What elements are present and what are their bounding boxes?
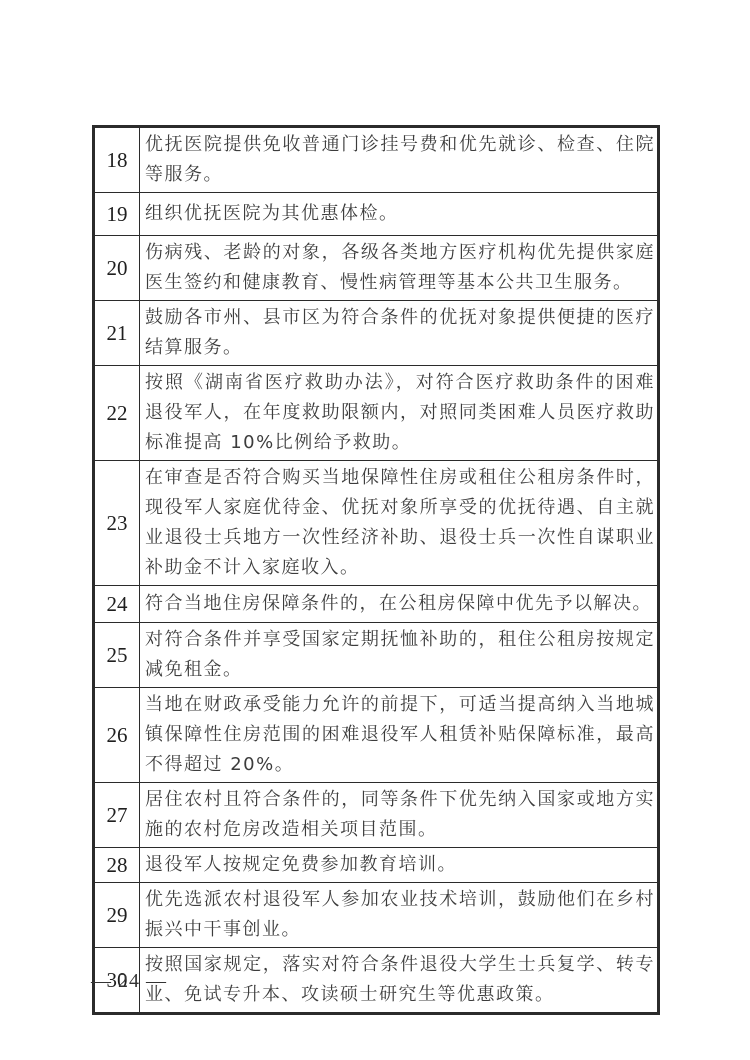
row-number: 28 xyxy=(95,848,140,882)
row-text-cell: 在审查是否符合购买当地保障性住房或租住公租房条件时，现役军人家庭优待金、优抚对象… xyxy=(140,461,657,585)
row-number: 23 xyxy=(95,461,140,585)
table-row: 24符合当地住房保障条件的，在公租房保障中优先予以解决。 xyxy=(95,586,657,623)
row-number: 29 xyxy=(95,883,140,947)
document-page: 18优抚医院提供免收普通门诊挂号费和优先就诊、检查、住院等服务。19组织优抚医院… xyxy=(0,0,750,1060)
table-row: 26当地在财政承受能力允许的前提下，可适当提高纳入当地城镇保障性住房范围的困难退… xyxy=(95,688,657,783)
table-row: 30按照国家规定，落实对符合条件退役大学生士兵复学、转专业、免试专升本、攻读硕士… xyxy=(95,948,657,1012)
row-number: 22 xyxy=(95,366,140,460)
row-number: 20 xyxy=(95,236,140,300)
row-text: 组织优抚医院为其优惠体检。 xyxy=(145,199,655,229)
table-row: 27居住农村且符合条件的，同等条件下优先纳入国家或地方实施的农村危房改造相关项目… xyxy=(95,783,657,848)
row-number: 26 xyxy=(95,688,140,782)
table-row: 29优先选派农村退役军人参加农业技术培训，鼓励他们在乡村振兴中干事创业。 xyxy=(95,883,657,948)
row-text: 居住农村且符合条件的，同等条件下优先纳入国家或地方实施的农村危房改造相关项目范围… xyxy=(145,785,655,845)
table-row: 18优抚医院提供免收普通门诊挂号费和优先就诊、检查、住院等服务。 xyxy=(95,128,657,193)
benefits-table: 18优抚医院提供免收普通门诊挂号费和优先就诊、检查、住院等服务。19组织优抚医院… xyxy=(92,125,660,1015)
row-number: 25 xyxy=(95,623,140,687)
row-text: 优抚医院提供免收普通门诊挂号费和优先就诊、检查、住院等服务。 xyxy=(145,130,655,190)
row-text: 对符合条件并享受国家定期抚恤补助的，租住公租房按规定减免租金。 xyxy=(145,625,655,685)
row-text-cell: 按照国家规定，落实对符合条件退役大学生士兵复学、转专业、免试专升本、攻读硕士研究… xyxy=(140,948,657,1012)
table-row: 20伤病残、老龄的对象，各级各类地方医疗机构优先提供家庭医生签约和健康教育、慢性… xyxy=(95,236,657,301)
row-text: 退役军人按规定免费参加教育培训。 xyxy=(145,850,655,880)
row-text-cell: 居住农村且符合条件的，同等条件下优先纳入国家或地方实施的农村危房改造相关项目范围… xyxy=(140,783,657,847)
row-number: 24 xyxy=(95,586,140,622)
table-row: 21鼓励各市州、县市区为符合条件的优抚对象提供便捷的医疗结算服务。 xyxy=(95,301,657,366)
row-text: 优先选派农村退役军人参加农业技术培训，鼓励他们在乡村振兴中干事创业。 xyxy=(145,885,655,945)
row-number: 27 xyxy=(95,783,140,847)
row-number: 18 xyxy=(95,128,140,192)
row-text: 在审查是否符合购买当地保障性住房或租住公租房条件时，现役军人家庭优待金、优抚对象… xyxy=(145,463,655,583)
row-text: 伤病残、老龄的对象，各级各类地方医疗机构优先提供家庭医生签约和健康教育、慢性病管… xyxy=(145,238,655,298)
table-row: 19组织优抚医院为其优惠体检。 xyxy=(95,193,657,236)
row-text-cell: 组织优抚医院为其优惠体检。 xyxy=(140,193,657,235)
row-text-cell: 按照《湖南省医疗救助办法》，对符合医疗救助条件的困难退役军人，在年度救助限额内，… xyxy=(140,366,657,460)
table-row: 28退役军人按规定免费参加教育培训。 xyxy=(95,848,657,883)
row-text-cell: 退役军人按规定免费参加教育培训。 xyxy=(140,848,657,882)
row-number: 21 xyxy=(95,301,140,365)
row-text: 当地在财政承受能力允许的前提下，可适当提高纳入当地城镇保障性住房范围的困难退役军… xyxy=(145,690,655,780)
row-text: 按照国家规定，落实对符合条件退役大学生士兵复学、转专业、免试专升本、攻读硕士研究… xyxy=(145,950,655,1010)
table-row: 22按照《湖南省医疗救助办法》，对符合医疗救助条件的困难退役军人，在年度救助限额… xyxy=(95,366,657,461)
row-text-cell: 当地在财政承受能力允许的前提下，可适当提高纳入当地城镇保障性住房范围的困难退役军… xyxy=(140,688,657,782)
row-text-cell: 符合当地住房保障条件的，在公租房保障中优先予以解决。 xyxy=(140,586,657,622)
row-text-cell: 对符合条件并享受国家定期抚恤补助的，租住公租房按规定减免租金。 xyxy=(140,623,657,687)
row-text-cell: 优先选派农村退役军人参加农业技术培训，鼓励他们在乡村振兴中干事创业。 xyxy=(140,883,657,947)
row-text: 按照《湖南省医疗救助办法》，对符合医疗救助条件的困难退役军人，在年度救助限额内，… xyxy=(145,368,655,458)
row-number: 19 xyxy=(95,193,140,235)
table-row: 25对符合条件并享受国家定期抚恤补助的，租住公租房按规定减免租金。 xyxy=(95,623,657,688)
row-text: 符合当地住房保障条件的，在公租房保障中优先予以解决。 xyxy=(145,589,655,619)
table-row: 23在审查是否符合购买当地保障性住房或租住公租房条件时，现役军人家庭优待金、优抚… xyxy=(95,461,657,586)
row-text-cell: 优抚医院提供免收普通门诊挂号费和优先就诊、检查、住院等服务。 xyxy=(140,128,657,192)
row-text: 鼓励各市州、县市区为符合条件的优抚对象提供便捷的医疗结算服务。 xyxy=(145,303,655,363)
row-text-cell: 伤病残、老龄的对象，各级各类地方医疗机构优先提供家庭医生签约和健康教育、慢性病管… xyxy=(140,236,657,300)
row-text-cell: 鼓励各市州、县市区为符合条件的优抚对象提供便捷的医疗结算服务。 xyxy=(140,301,657,365)
page-number: — 24 — xyxy=(91,970,167,993)
